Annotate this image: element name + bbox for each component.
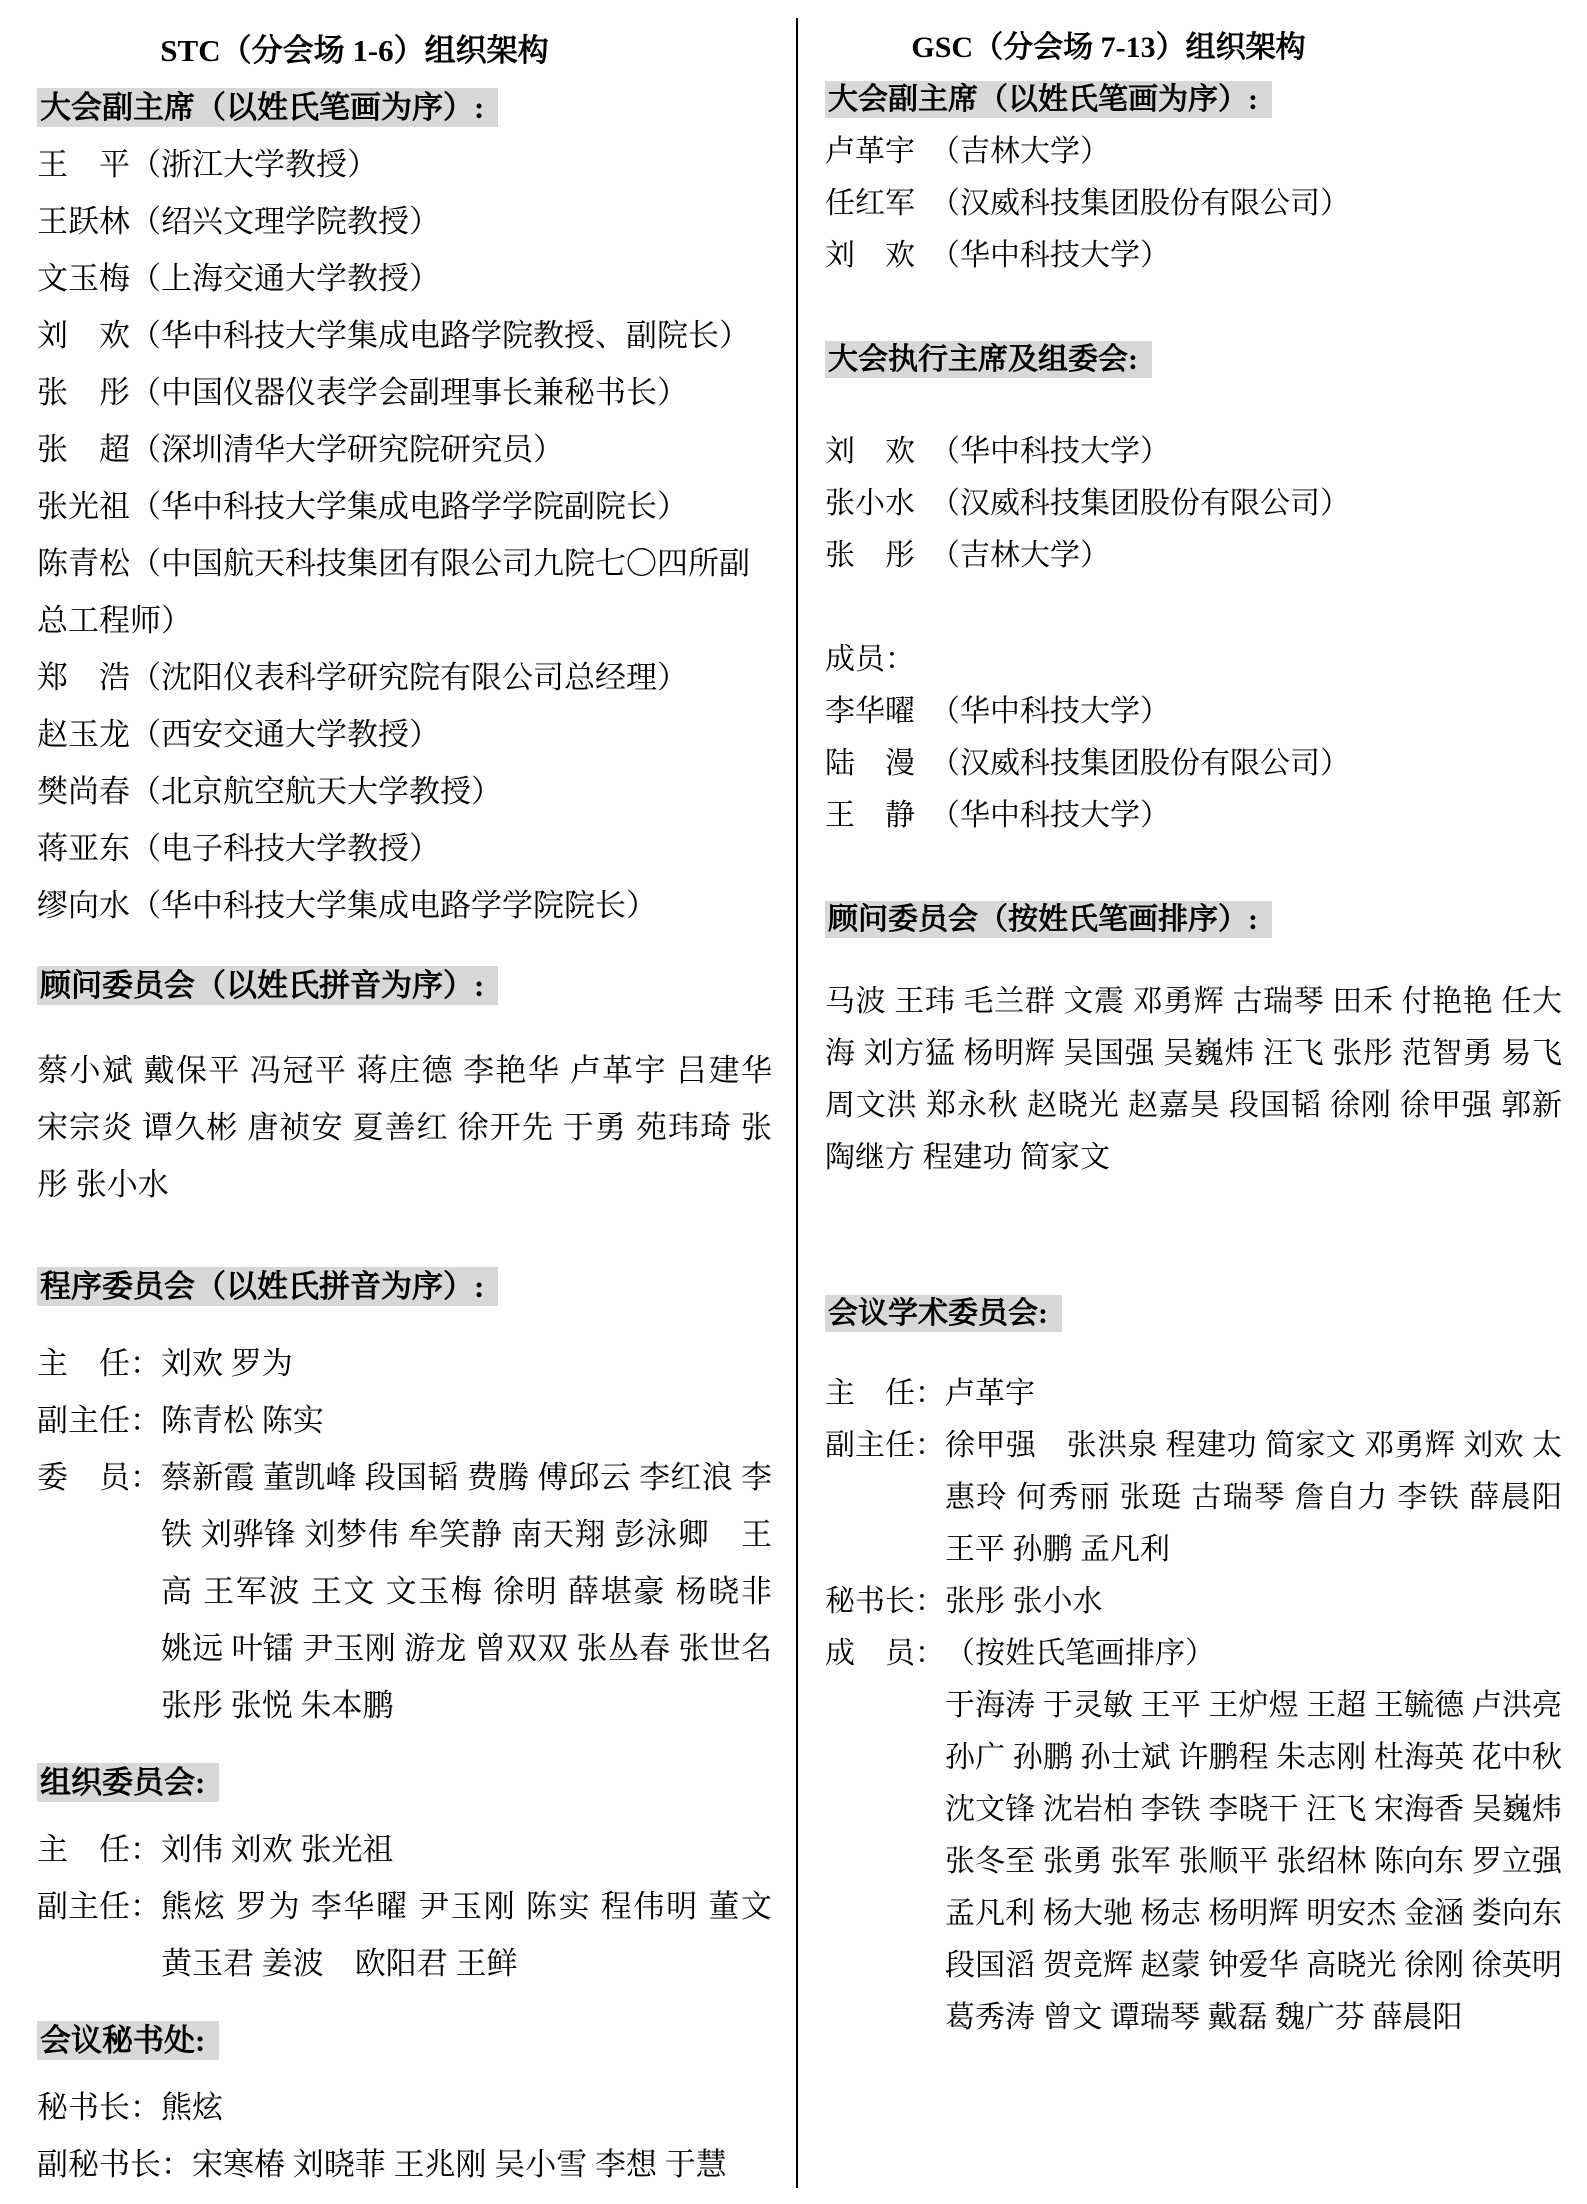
- row-label: 成 员：: [825, 1628, 945, 1680]
- stc-vice-chair-heading-row: 大会副主席（以姓氏笔画为序）:: [37, 79, 772, 136]
- row-value: 张彤 张小水: [945, 1576, 1562, 1628]
- row-value: 陈青松 陈实: [161, 1392, 772, 1449]
- stc-program-heading: 程序委员会（以姓氏拼音为序）:: [37, 1267, 498, 1306]
- row-value: 刘伟 刘欢 张光祖: [161, 1821, 772, 1878]
- row-label: 副主任：: [37, 1878, 161, 1992]
- document-page: STC（分会场 1-6）组织架构 大会副主席（以姓氏笔画为序）: 王 平（浙江大…: [0, 0, 1587, 2204]
- stc-vice-chair-item: 樊尚春（北京航空航天大学教授）: [37, 763, 772, 820]
- gsc-members-label: 成员：: [825, 634, 1562, 686]
- gsc-academic-heading-row: 会议学术委员会:: [825, 1288, 1562, 1340]
- gsc-member-item: 王 静 （华中科技大学）: [825, 790, 1562, 842]
- gsc-academic-members-label-row: 成 员： （按姓氏笔画排序）: [825, 1628, 1562, 1680]
- spacer: [37, 2069, 772, 2079]
- gsc-academic-members: 于海涛 于灵敏 王平 王炉煜 王超 王毓德 卢洪亮 孙广 孙鹏 孙士斌 许鹏程 …: [945, 1680, 1562, 2044]
- row-label: 委 员：: [37, 1449, 161, 1734]
- spacer: [37, 1014, 772, 1042]
- stc-secretariat-heading: 会议秘书处:: [37, 2021, 219, 2060]
- gsc-member-item: 李华曜 （华中科技大学）: [825, 686, 1562, 738]
- stc-vice-chair-item: 张光祖（华中科技大学集成电路学学院副院长）: [37, 478, 772, 535]
- stc-advisory-heading-row: 顾问委员会（以姓氏拼音为序）:: [37, 957, 772, 1014]
- stc-title: STC（分会场 1-6）组织架构: [37, 22, 772, 79]
- stc-vice-chair-item: 郑 浩（沈阳仪表科学研究院有限公司总经理）: [37, 649, 772, 706]
- gsc-exec-member-item: 张小水 （汉威科技集团股份有限公司）: [825, 478, 1562, 530]
- stc-vice-chair-item: 刘 欢（华中科技大学集成电路学院教授、副院长）: [37, 307, 772, 364]
- spacer: [825, 946, 1562, 976]
- spacer: [37, 1213, 772, 1258]
- stc-vice-chair-item: 赵玉龙（西安交通大学教授）: [37, 706, 772, 763]
- stc-org-heading-row: 组织委员会:: [37, 1754, 772, 1811]
- column-divider-line: [796, 18, 798, 2188]
- gsc-academic-vice-chair-row: 副主任： 徐甲强 张洪泉 程建功 简家文 邓勇辉 刘欢 太惠玲 何秀丽 张珽 古…: [825, 1420, 1562, 1576]
- row-value: 蔡新霞 董凯峰 段国韬 费腾 傅邱云 李红浪 李铁 刘骅锋 刘梦伟 牟笑静 南天…: [161, 1449, 772, 1734]
- gsc-vice-chair-heading: 大会副主席（以姓氏笔画为序）:: [825, 81, 1272, 118]
- row-value: 刘欢 罗为: [161, 1335, 772, 1392]
- stc-advisory-members: 蔡小斌 戴保平 冯冠平 蒋庄德 李艳华 卢革宇 吕建华 宋宗炎 谭久彬 唐祯安 …: [37, 1042, 772, 1213]
- row-value: 宋寒椿 刘晓菲 王兆刚 吴小雪 李想 于慧: [192, 2136, 772, 2193]
- gsc-exec-member-item: 刘 欢 （华中科技大学）: [825, 426, 1562, 478]
- row-label: 副秘书长：: [37, 2136, 192, 2193]
- stc-program-members-row: 委 员： 蔡新霞 董凯峰 段国韬 费腾 傅邱云 李红浪 李铁 刘骅锋 刘梦伟 牟…: [37, 1449, 772, 1734]
- spacer: [825, 1184, 1562, 1288]
- spacer: [37, 1315, 772, 1335]
- stc-vice-chair-item: 蒋亚东（电子科技大学教授）: [37, 820, 772, 877]
- gsc-academic-secretary-row: 秘书长： 张彤 张小水: [825, 1576, 1562, 1628]
- gsc-exec-heading-row: 大会执行主席及组委会:: [825, 334, 1562, 386]
- spacer: [37, 1811, 772, 1821]
- gsc-title: GSC（分会场 7-13）组织架构: [825, 22, 1562, 74]
- stc-vice-chair-item: 文玉梅（上海交通大学教授）: [37, 250, 772, 307]
- gsc-academic-chair-row: 主 任： 卢革宇: [825, 1368, 1562, 1420]
- gsc-advisory-members: 马波 王玮 毛兰群 文震 邓勇辉 古瑞琴 田禾 付艳艳 任大海 刘方猛 杨明辉 …: [825, 976, 1562, 1184]
- gsc-advisory-heading: 顾问委员会（按姓氏笔画排序）:: [825, 901, 1272, 938]
- row-value: 卢革宇: [945, 1368, 1562, 1420]
- row-label: 主 任：: [37, 1821, 161, 1878]
- stc-secretary-general-row: 秘书长： 熊炫: [37, 2079, 772, 2136]
- row-value: 熊炫 罗为 李华曜 尹玉刚 陈实 程伟明 董文 黄玉君 姜波 欧阳君 王鲜: [161, 1878, 772, 1992]
- row-label: 秘书长：: [825, 1576, 945, 1628]
- stc-secretariat-heading-row: 会议秘书处:: [37, 2012, 772, 2069]
- spacer: [37, 1992, 772, 2012]
- stc-column: STC（分会场 1-6）组织架构 大会副主席（以姓氏笔画为序）: 王 平（浙江大…: [37, 22, 772, 2193]
- stc-program-vice-chair-row: 副主任： 陈青松 陈实: [37, 1392, 772, 1449]
- row-label: 主 任：: [37, 1335, 161, 1392]
- row-label: 主 任：: [825, 1368, 945, 1420]
- spacer: [825, 282, 1562, 334]
- gsc-column: GSC（分会场 7-13）组织架构 大会副主席（以姓氏笔画为序）: 卢革宇 （吉…: [825, 22, 1562, 2044]
- spacer: [825, 1340, 1562, 1368]
- stc-advisory-heading: 顾问委员会（以姓氏拼音为序）:: [37, 966, 498, 1005]
- row-value: 熊炫: [161, 2079, 772, 2136]
- gsc-vice-chair-heading-row: 大会副主席（以姓氏笔画为序）:: [825, 74, 1562, 126]
- stc-vice-chair-item: 王 平（浙江大学教授）: [37, 136, 772, 193]
- stc-org-chair-row: 主 任： 刘伟 刘欢 张光祖: [37, 1821, 772, 1878]
- gsc-member-item: 陆 漫 （汉威科技集团股份有限公司）: [825, 738, 1562, 790]
- stc-org-heading: 组织委员会:: [37, 1763, 219, 1802]
- stc-vice-chair-item: 陈青松（中国航天科技集团有限公司九院七〇四所副总工程师）: [37, 535, 772, 649]
- gsc-vice-chair-item: 卢革宇 （吉林大学）: [825, 126, 1562, 178]
- stc-vice-chair-item: 缪向水（华中科技大学集成电路学学院院长）: [37, 877, 772, 934]
- row-label: 副主任：: [37, 1392, 161, 1449]
- stc-vice-chair-heading: 大会副主席（以姓氏笔画为序）:: [37, 88, 498, 127]
- stc-org-vice-chair-row: 副主任： 熊炫 罗为 李华曜 尹玉刚 陈实 程伟明 董文 黄玉君 姜波 欧阳君 …: [37, 1878, 772, 1992]
- row-value: 徐甲强 张洪泉 程建功 简家文 邓勇辉 刘欢 太惠玲 何秀丽 张珽 古瑞琴 詹自…: [945, 1420, 1562, 1576]
- spacer: [37, 1734, 772, 1754]
- stc-deputy-secretary-row: 副秘书长： 宋寒椿 刘晓菲 王兆刚 吴小雪 李想 于慧: [37, 2136, 772, 2193]
- gsc-vice-chair-item: 刘 欢 （华中科技大学）: [825, 230, 1562, 282]
- stc-vice-chair-item: 王跃林（绍兴文理学院教授）: [37, 193, 772, 250]
- row-label: 副主任：: [825, 1420, 945, 1576]
- stc-vice-chair-item: 张 超（深圳清华大学研究院研究员）: [37, 421, 772, 478]
- spacer: [825, 842, 1562, 894]
- spacer: [825, 582, 1562, 634]
- stc-program-chair-row: 主 任： 刘欢 罗为: [37, 1335, 772, 1392]
- row-label: 秘书长：: [37, 2079, 161, 2136]
- gsc-vice-chair-item: 任红军 （汉威科技集团股份有限公司）: [825, 178, 1562, 230]
- gsc-academic-heading: 会议学术委员会:: [825, 1295, 1062, 1332]
- gsc-advisory-heading-row: 顾问委员会（按姓氏笔画排序）:: [825, 894, 1562, 946]
- gsc-exec-heading: 大会执行主席及组委会:: [825, 341, 1152, 378]
- stc-vice-chair-item: 张 彤（中国仪器仪表学会副理事长兼秘书长）: [37, 364, 772, 421]
- gsc-exec-member-item: 张 彤 （吉林大学）: [825, 530, 1562, 582]
- spacer: [825, 386, 1562, 426]
- spacer: [37, 934, 772, 957]
- row-value: （按姓氏笔画排序）: [945, 1628, 1562, 1680]
- stc-program-heading-row: 程序委员会（以姓氏拼音为序）:: [37, 1258, 772, 1315]
